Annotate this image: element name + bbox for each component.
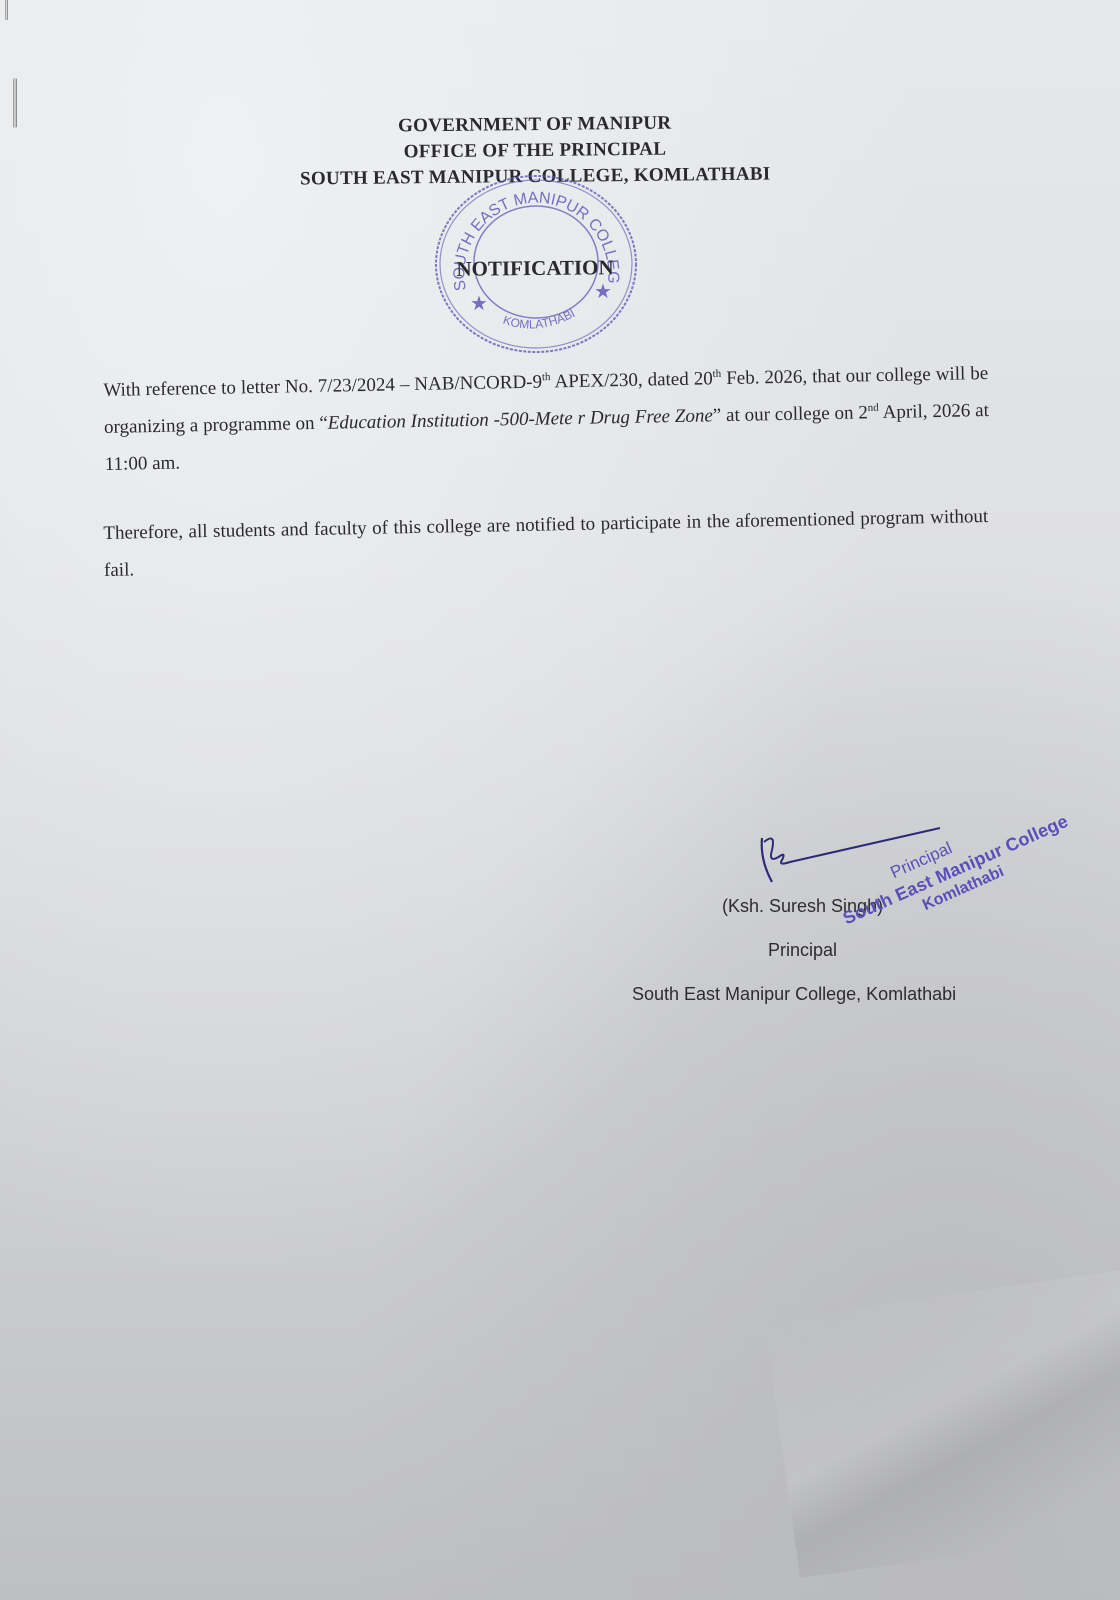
signature-block: (Ksh. Suresh Singh) Principal South East… — [600, 820, 1100, 1020]
svg-text:KOMLATHABI: KOMLATHABI — [501, 306, 577, 331]
program-name: Education Institution -500-Mete r Drug F… — [328, 405, 713, 433]
paragraph-reference: With reference to letter No. 7/23/2024 –… — [103, 355, 990, 483]
svg-text:★: ★ — [470, 293, 488, 315]
paper-fold-shadow — [764, 1262, 1120, 1578]
svg-text:★: ★ — [594, 281, 612, 303]
principal-stamp: Principal South East Manipur College Kom… — [811, 781, 1061, 980]
staple — [5, 0, 8, 20]
paragraph-instruction: Therefore, all students and faculty of t… — [103, 498, 989, 589]
signatory-institution: South East Manipur College, Komlathabi — [632, 984, 956, 1005]
signatory-designation: Principal — [768, 940, 837, 961]
